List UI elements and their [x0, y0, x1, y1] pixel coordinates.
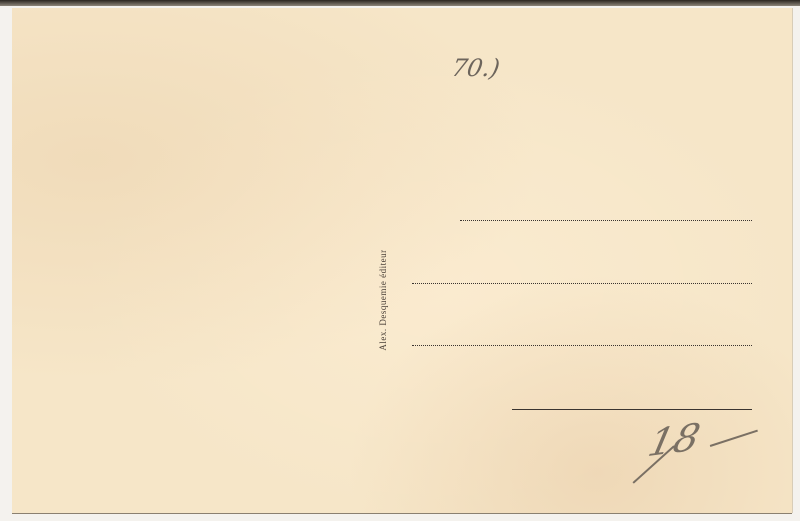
address-line-1: [460, 220, 752, 221]
address-line-4: [512, 409, 752, 410]
scan-edge: [0, 0, 800, 6]
publisher-imprint: Alex. Desquemie éditeur: [378, 249, 388, 350]
handwritten-note-top: 70.): [450, 54, 502, 82]
address-line-2: [412, 283, 752, 284]
address-line-3: [412, 345, 752, 346]
